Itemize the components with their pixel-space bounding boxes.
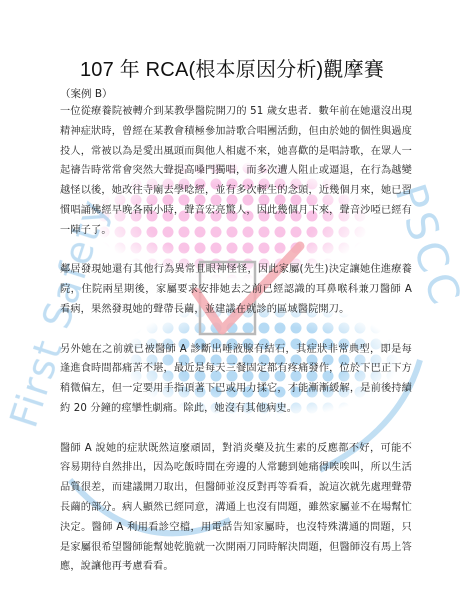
paragraph-1: 一位從療養院被轉介到某教學醫院開刀的 51 歲女患者．數年前在她還沒出現精神症狀… [60,102,412,241]
paragraph-3: 另外她在之前就已被醫師 A 診斷出唾液腺有結石，其症狀非常典型，即是每逢進食時間… [60,340,412,419]
paragraph-2: 鄰居發現她還有其他行為異常且眼神怪怪，因此家屬(先生)決定讓她住進療養院，住院兩… [60,260,412,319]
page-title: 107 年 RCA(根本原因分析)觀摩賽 [0,53,464,82]
paragraph-4: 醫師 A 說她的症狀既然這麼頑固，對消炎藥及抗生素的反應都不好，可能不容易期待自… [60,439,412,578]
case-body: 一位從療養院被轉介到某教學醫院開刀的 51 歲女患者．數年前在她還沒出現精神症狀… [60,102,412,597]
case-label: （案例 B） [60,86,113,101]
